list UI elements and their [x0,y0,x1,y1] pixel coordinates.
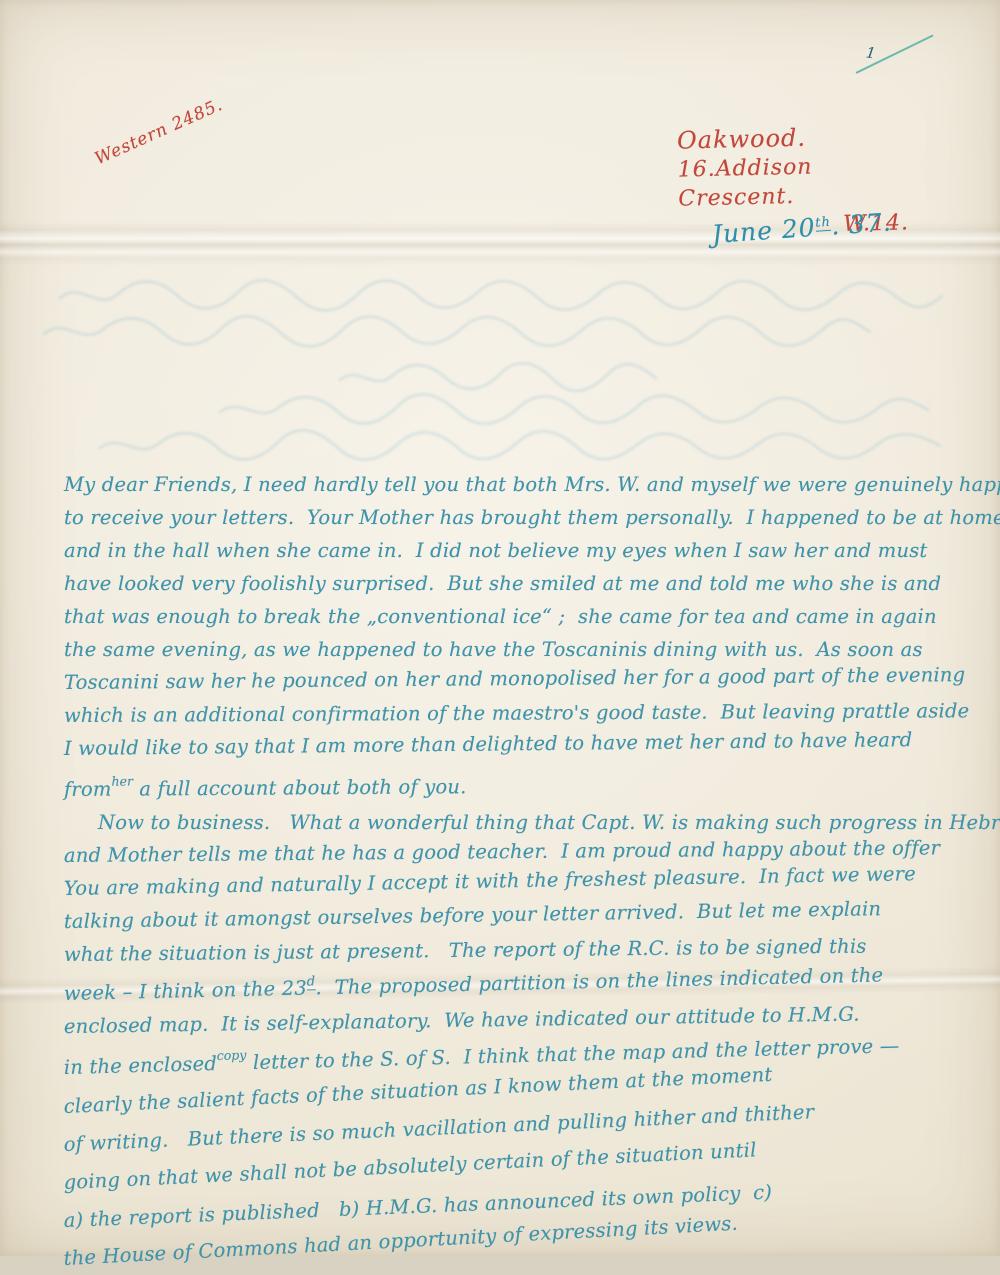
body-line: and in the hall when she came in. I did … [64,534,964,567]
letterhead-street: 16.Addison Crescent. [677,150,908,213]
date-prefix: June 20 [711,213,817,249]
body-line-segment: week – I think on the 23 [64,976,308,1005]
letter-body: My dear Friends, I need hardly tell you … [64,468,964,1256]
body-line: fromher a full account about both of you… [64,759,964,806]
body-line: to receive your letters. Your Mother has… [64,501,964,534]
bleed-squiggle [44,316,870,346]
body-line-segment: . The proposed partition is on the lines… [315,963,883,999]
page-number: 1 [865,43,877,62]
bleed-squiggle [100,430,940,459]
inserted-word-above-line: copy [217,1047,247,1063]
body-line-segment: a full account about both of you. [133,775,467,800]
body-line: My dear Friends, I need hardly tell you … [64,468,964,501]
bleed-squiggle [60,280,942,310]
body-line: Toscanini saw her he pounced on her and … [64,658,964,699]
body-line: that was enough to break the „convention… [64,600,964,633]
letterhead-phone: Western 2485. [92,95,226,169]
superscript-ordinal: d [307,974,316,990]
body-line-segment: in the enclosed [64,1052,218,1079]
date-suffix: . 37. [830,207,893,240]
body-line-segment: from [64,778,112,801]
letter-page: 1 Western 2485. Oakwood. 16.Addison Cres… [0,0,1000,1256]
body-line: have looked very foolishly surprised. Bu… [64,567,964,600]
inserted-word-above-line: her [111,774,133,789]
bleed-squiggle [220,394,928,423]
ink-bleedthrough [40,272,960,472]
bleed-squiggle [340,363,656,391]
date-ordinal: th [815,215,832,232]
